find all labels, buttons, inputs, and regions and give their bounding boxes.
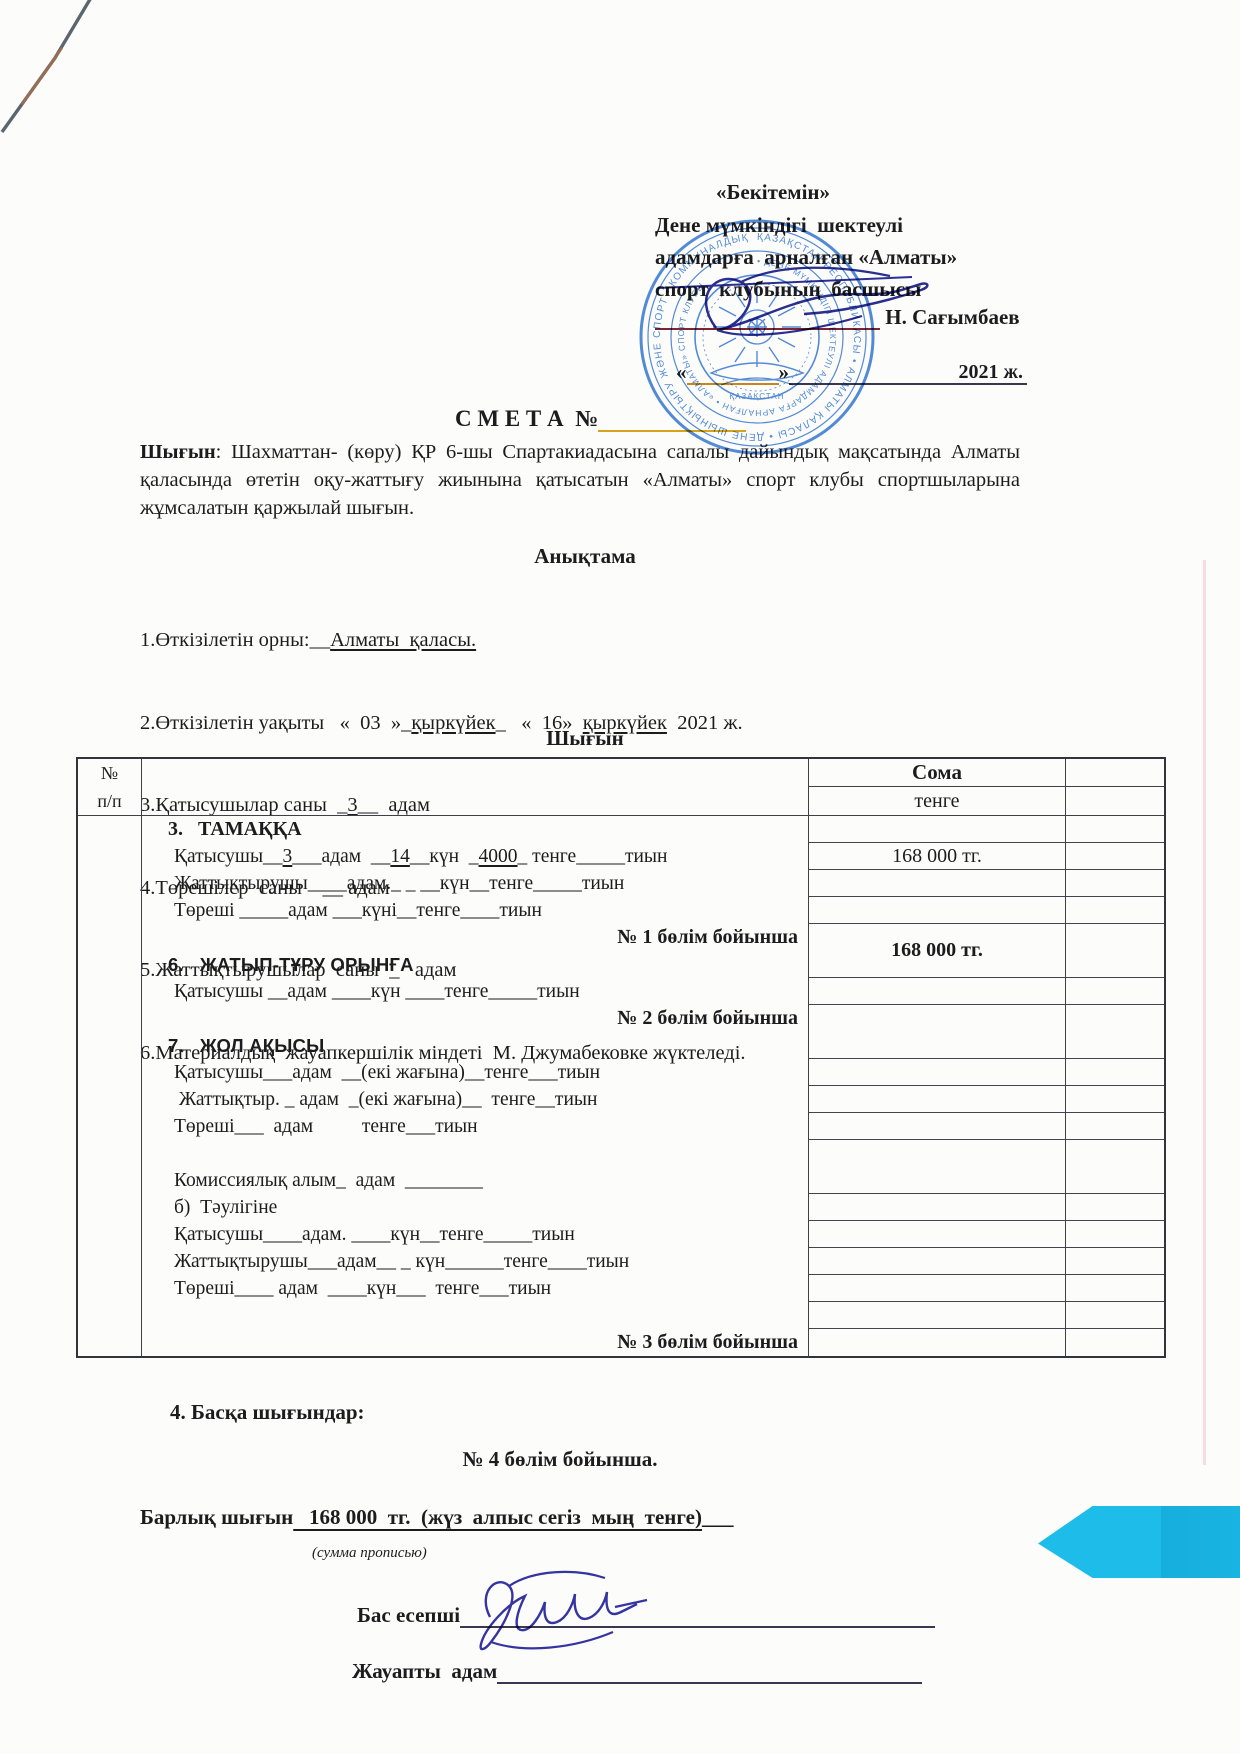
side-cell — [1066, 1275, 1164, 1302]
scan-artifact-line — [1203, 560, 1206, 1465]
smeta-title: С М Е Т А № — [455, 406, 598, 431]
table-row: 6. ЖАТЫП-ТҰРУ ОРЫНҒА — [142, 951, 808, 978]
amount-cell — [809, 1248, 1065, 1275]
amount-cell — [809, 1275, 1065, 1302]
table-row: Комиссиялық алым_ адам ________ — [142, 1167, 808, 1194]
chief-accountant-label: Бас есепші — [357, 1603, 460, 1627]
side-cell — [1066, 1194, 1164, 1221]
side-cell — [1066, 816, 1164, 843]
intro-paragraph: Шығын: Шахматтан- (көру) ҚР 6-шы Спартак… — [140, 438, 1020, 522]
amount-cell — [809, 978, 1065, 1005]
amount-cell — [809, 816, 1065, 843]
side-column — [1066, 816, 1164, 1356]
col-sum-header: Сома тенге — [809, 759, 1066, 815]
table-row: Төреші _____адам ___күні__тенге____тиын — [142, 897, 808, 924]
amount-cell — [809, 897, 1065, 924]
table-row: б) Тәулігіне — [142, 1194, 808, 1221]
stamp-center-text: ҚАЗАҚСТАН — [730, 392, 785, 401]
table-row: Қатысушы__3___адам __14__күн _4000_ тенг… — [142, 843, 808, 870]
reference-item: 1.Өткізілетін орны:__Алматы қаласы. — [140, 627, 746, 655]
reference-title: Анықтама — [140, 544, 1030, 569]
table-row: № 1 бөлім бойынша — [142, 924, 808, 951]
total-expense-line: Барлық шығын 168 000 тг. (жүз алпыс сегі… — [140, 1505, 733, 1530]
amount-cell: 168 000 тг. — [809, 843, 1065, 870]
sum-column: 168 000 тг.168 000 тг. — [809, 816, 1066, 1356]
number-column — [78, 816, 142, 1356]
sum-header-label: Сома — [809, 759, 1065, 787]
approved-label: «Бекітемін» — [716, 180, 830, 205]
amount-cell — [809, 1059, 1065, 1086]
table-row: Төреші___ адам тенге___тиын — [142, 1113, 808, 1140]
side-cell — [1066, 1221, 1164, 1248]
table-row: Жаттықтыр. _ адам _(екі жағына)__ тенге_… — [142, 1086, 808, 1113]
side-cell — [1066, 1005, 1164, 1059]
side-cell — [1066, 1086, 1164, 1113]
table-body: 3. ТАМАҚҚАҚатысушы__3___адам __14__күн _… — [78, 816, 1164, 1356]
side-cell — [1066, 1248, 1164, 1275]
side-cell — [1066, 1113, 1164, 1140]
table-row — [142, 1140, 808, 1167]
table-row: Қатысушы____адам. ____күн__тенге_____тиы… — [142, 1221, 808, 1248]
amount-cell — [809, 1194, 1065, 1221]
amount-cell — [809, 1221, 1065, 1248]
accountant-signature — [455, 1562, 675, 1662]
table-row: Жаттықтырушы____адам._ _ __күн__тенге___… — [142, 870, 808, 897]
expense-table: № п/п Сома тенге 3. ТАМАҚҚАҚатысушы__3__… — [76, 757, 1166, 1358]
col-description-header — [142, 759, 809, 815]
amount-cell — [809, 870, 1065, 897]
col-number-header: № п/п — [78, 759, 142, 815]
director-signature — [620, 250, 1040, 360]
amount-cell — [809, 1086, 1065, 1113]
amount-cell — [809, 1302, 1065, 1329]
sum-in-words-note: (сумма прописью) — [312, 1545, 427, 1562]
table-row: 7. ЖОЛ АҚЫСЫ — [142, 1032, 808, 1059]
amount-cell — [809, 1113, 1065, 1140]
table-row: 3. ТАМАҚҚА — [142, 816, 808, 843]
table-row — [142, 1302, 808, 1329]
amount-cell — [809, 1140, 1065, 1194]
side-cell — [1066, 978, 1164, 1005]
description-column: 3. ТАМАҚҚАҚатысушы__3___адам __14__күн _… — [142, 816, 809, 1356]
table-row: Қатысушы___адам __(екі жағына)__тенге___… — [142, 1059, 808, 1086]
amount-cell — [809, 1329, 1065, 1356]
table-row: Жаттықтырушы___адам__ _ күн______тенге__… — [142, 1248, 808, 1275]
side-cell — [1066, 843, 1164, 870]
table-title: Шығын — [140, 726, 1030, 751]
col-side-header — [1066, 759, 1164, 815]
table-row: Қатысушы __адам ____күн ____тенге_____ти… — [142, 978, 808, 1005]
side-cell — [1066, 897, 1164, 924]
amount-cell — [809, 1005, 1065, 1059]
cyan-arrow-marker — [1038, 1506, 1240, 1578]
other-expenses-label: 4. Басқа шығындар: — [170, 1400, 365, 1425]
table-row: № 2 бөлім бойынша — [142, 1005, 808, 1032]
section4-label: № 4 бөлім бойынша. — [140, 1447, 980, 1472]
side-cell — [1066, 1059, 1164, 1086]
amount-cell: 168 000 тг. — [809, 924, 1065, 978]
table-row: Төреші____ адам ____күн___ тенге___тиын — [142, 1275, 808, 1302]
table-row: № 3 бөлім бойынша — [142, 1329, 808, 1356]
currency-header-label: тенге — [809, 787, 1065, 815]
side-cell — [1066, 870, 1164, 897]
side-cell — [1066, 1140, 1164, 1194]
side-cell — [1066, 1302, 1164, 1329]
side-cell — [1066, 924, 1164, 978]
responsible-label: Жауапты адам — [352, 1659, 497, 1683]
side-cell — [1066, 1329, 1164, 1356]
scanned-smeta-document: «Бекітемін» Дене мүмкіндігі шектеулі ада… — [0, 0, 1240, 1754]
pen-stroke — [0, 0, 130, 150]
table-header: № п/п Сома тенге — [78, 759, 1164, 816]
